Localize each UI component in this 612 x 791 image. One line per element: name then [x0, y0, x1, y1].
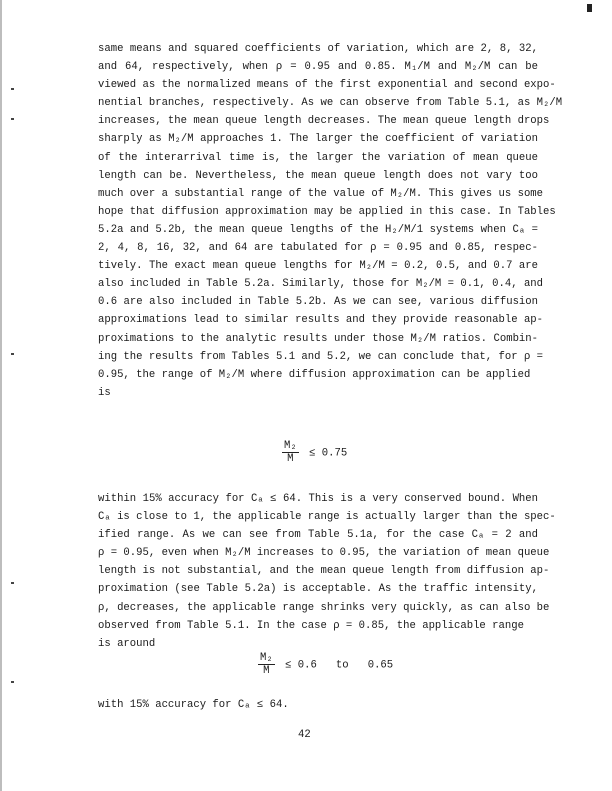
- fraction: M₂ M: [282, 440, 299, 465]
- text-line: 0.95, the range of M₂/M where diffusion …: [98, 366, 538, 384]
- text-line: proximations to the analytic results und…: [98, 330, 538, 348]
- body-paragraph-2: within 15% accuracy for Cₐ ≤ 64. This is…: [98, 490, 538, 653]
- text-line: nential branches, respectively. As we ca…: [98, 94, 538, 112]
- text-line: of the interarrival time is, the larger …: [98, 149, 538, 167]
- text-line: ρ, decreases, the applicable range shrin…: [98, 599, 538, 617]
- text-line: much over a substantial range of the val…: [98, 185, 538, 203]
- text-line: same means and squared coefficients of v…: [98, 40, 538, 58]
- text-line: ing the results from Tables 5.1 and 5.2,…: [98, 348, 538, 366]
- text-line: approximations lead to similar results a…: [98, 311, 538, 329]
- text-line: sharply as M₂/M approaches 1. The larger…: [98, 130, 538, 148]
- body-paragraph-1: same means and squared coefficients of v…: [98, 40, 538, 402]
- scan-margin-mark: [11, 353, 14, 355]
- text-line: is: [98, 384, 538, 402]
- text-line: length is not substantial, and the mean …: [98, 562, 538, 580]
- body-paragraph-3: with 15% accuracy for Cₐ ≤ 64.: [98, 696, 538, 714]
- text-line: ρ = 0.95, even when M₂/M increases to 0.…: [98, 544, 538, 562]
- fraction-numerator: M₂: [282, 440, 299, 453]
- text-line: hope that diffusion approximation may be…: [98, 203, 538, 221]
- fraction-numerator: M₂: [258, 652, 275, 665]
- formula-m2-over-m-06-065: M₂ M ≤ 0.6 to 0.65: [258, 652, 393, 677]
- text-line: ified range. As we can see from Table 5.…: [98, 526, 538, 544]
- text-line: length can be. Nevertheless, the mean qu…: [98, 167, 538, 185]
- scan-margin-mark: [11, 118, 14, 120]
- text-line: proximation (see Table 5.2a) is acceptab…: [98, 580, 538, 598]
- text-line: viewed as the normalized means of the fi…: [98, 76, 538, 94]
- text-line: and 64, respectively, when ρ = 0.95 and …: [98, 58, 538, 76]
- text-line: within 15% accuracy for Cₐ ≤ 64. This is…: [98, 490, 538, 508]
- text-line: observed from Table 5.1. In the case ρ =…: [98, 617, 538, 635]
- formula-relation: ≤ 0.75: [309, 447, 347, 459]
- text-line: is around: [98, 635, 538, 653]
- text-line: 2, 4, 8, 16, 32, and 64 are tabulated fo…: [98, 239, 538, 257]
- text-line: with 15% accuracy for Cₐ ≤ 64.: [98, 696, 538, 714]
- text-line: also included in Table 5.2a. Similarly, …: [98, 275, 538, 293]
- page-number: 42: [298, 729, 311, 741]
- text-line: increases, the mean queue length decreas…: [98, 112, 538, 130]
- fraction: M₂ M: [258, 652, 275, 677]
- scan-artifact-mark: [587, 4, 592, 12]
- text-line: 0.6 are also included in Table 5.2b. As …: [98, 293, 538, 311]
- formula-m2-over-m-075: M₂ M ≤ 0.75: [282, 440, 347, 465]
- text-line: tively. The exact mean queue lengths for…: [98, 257, 538, 275]
- fraction-denominator: M: [282, 453, 299, 465]
- text-line: Cₐ is close to 1, the applicable range i…: [98, 508, 538, 526]
- scan-margin-mark: [11, 582, 14, 584]
- text-line: 5.2a and 5.2b, the mean queue lengths of…: [98, 221, 538, 239]
- fraction-denominator: M: [258, 665, 275, 677]
- scan-page-edge: [0, 0, 2, 791]
- scan-margin-mark: [11, 681, 14, 683]
- scan-margin-mark: [11, 88, 14, 90]
- formula-relation: ≤ 0.6 to 0.65: [285, 659, 393, 671]
